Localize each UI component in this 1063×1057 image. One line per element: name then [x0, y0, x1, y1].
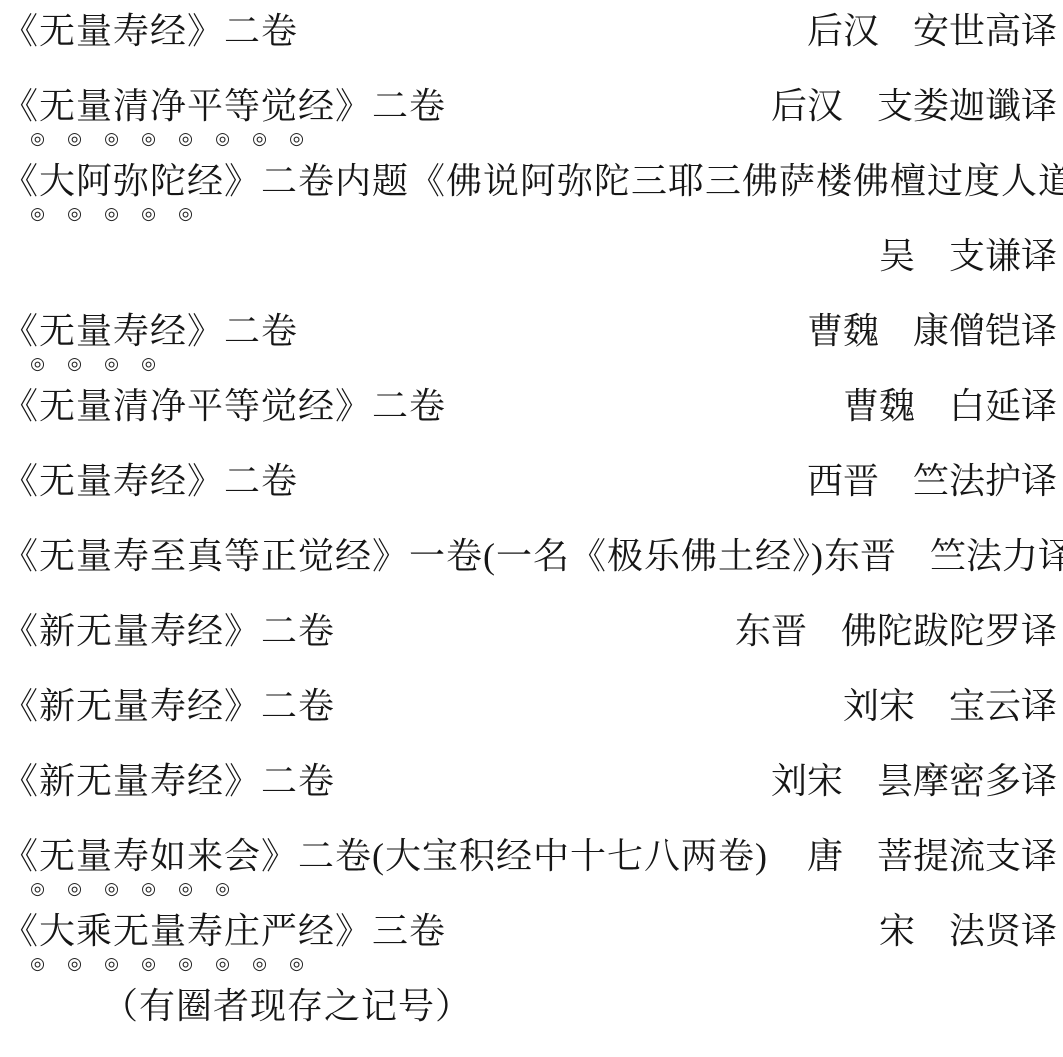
sutra-title: 《新无量寿经》二卷	[2, 683, 335, 729]
emphasis-circle-icon: ◎	[278, 129, 315, 149]
dynasty-label: 后汉	[771, 83, 843, 129]
attribution: 东晋 佛陀跋陀罗译	[735, 608, 1057, 654]
emphasis-circle-icon: ◎	[130, 204, 167, 224]
dynasty-label: 东晋	[735, 608, 807, 654]
attribution: 后汉 支娄迦谶译	[771, 83, 1057, 129]
attribution: 刘宋 昙摩密多译	[771, 758, 1057, 804]
entry-list: 《无量寿经》二卷 后汉 安世高译 《无量清净平等觉经》二卷 后汉 支娄迦谶译 ◎…	[2, 8, 1057, 983]
translator-label: 竺法力译	[930, 533, 1063, 579]
emphasis-circle-icon: ◎	[167, 204, 204, 224]
emphasis-circle-icon: ◎	[204, 129, 241, 149]
dynasty-label: 吴	[879, 233, 915, 279]
emphasis-marks: ◎◎◎◎◎◎	[19, 879, 241, 899]
emphasis-circle-icon: ◎	[19, 354, 56, 374]
attribution: 刘宋 宝云译	[843, 683, 1057, 729]
translator-label: 安世高译	[913, 8, 1057, 54]
dynasty-label: 刘宋	[771, 758, 843, 804]
footnote-row: （有圈者现存之记号）	[2, 983, 1057, 1057]
entry-row: 《无量寿至真等正觉经》一卷(一名《极乐佛土经》) 东晋 竺法力译	[2, 533, 1057, 608]
entry-row: 《无量寿经》二卷 曹魏 康僧铠译 ◎◎◎◎	[2, 308, 1057, 383]
entry-row: 《新无量寿经》二卷 刘宋 宝云译	[2, 683, 1057, 758]
attribution: 后汉 安世高译	[807, 8, 1057, 54]
emphasis-circle-icon: ◎	[278, 954, 315, 974]
entry-row: 吴 支谦译	[2, 233, 1057, 308]
footnote: （有圈者现存之记号）	[102, 983, 472, 1029]
attribution: 吴 支谦译	[879, 233, 1057, 279]
emphasis-circle-icon: ◎	[130, 129, 167, 149]
emphasis-circle-icon: ◎	[130, 954, 167, 974]
dynasty-label: 东晋	[824, 533, 896, 579]
emphasis-circle-icon: ◎	[56, 129, 93, 149]
attribution: 东晋 竺法力译	[824, 533, 1063, 579]
entry-row: 《无量清净平等觉经》二卷 后汉 支娄迦谶译 ◎◎◎◎◎◎◎◎	[2, 83, 1057, 158]
emphasis-circle-icon: ◎	[241, 129, 278, 149]
sutra-title: 《无量寿至真等正觉经》一卷(一名《极乐佛土经》)	[2, 533, 824, 579]
emphasis-circle-icon: ◎	[167, 129, 204, 149]
emphasis-circle-icon: ◎	[93, 954, 130, 974]
entry-row: 《无量寿经》二卷 后汉 安世高译	[2, 8, 1057, 83]
entry-row: 《新无量寿经》二卷 东晋 佛陀跋陀罗译	[2, 608, 1057, 683]
sutra-title: 《无量寿经》二卷	[2, 458, 298, 504]
attribution: 宋 法贤译	[879, 908, 1057, 954]
dynasty-label: 曹魏	[807, 308, 879, 354]
emphasis-circle-icon: ◎	[56, 204, 93, 224]
emphasis-marks: ◎◎◎◎◎◎◎◎	[19, 954, 315, 974]
dynasty-label: 后汉	[807, 8, 879, 54]
emphasis-circle-icon: ◎	[167, 879, 204, 899]
emphasis-circle-icon: ◎	[19, 204, 56, 224]
translator-label: 竺法护译	[913, 458, 1057, 504]
translator-label: 康僧铠译	[913, 308, 1057, 354]
emphasis-marks: ◎◎◎◎◎	[19, 204, 204, 224]
translator-label: 法贤译	[949, 908, 1057, 954]
sutra-title: 《无量清净平等觉经》二卷	[2, 83, 446, 129]
dynasty-label: 曹魏	[843, 383, 915, 429]
translator-label: 菩提流支译	[877, 833, 1057, 879]
attribution: 唐 菩提流支译	[807, 833, 1057, 879]
emphasis-circle-icon: ◎	[204, 879, 241, 899]
emphasis-circle-icon: ◎	[93, 129, 130, 149]
emphasis-circle-icon: ◎	[19, 879, 56, 899]
entry-row: 《无量寿经》二卷 西晋 竺法护译	[2, 458, 1057, 533]
sutra-title: 《无量寿如来会》二卷(大宝积经中十七八两卷)	[2, 833, 768, 879]
sutra-title: 《无量寿经》二卷	[2, 8, 298, 54]
entry-row: 《大阿弥陀经》二卷内题《佛说阿弥陀三耶三佛萨楼佛檀过度人道经》。 ◎◎◎◎◎	[2, 158, 1057, 233]
dynasty-label: 西晋	[807, 458, 879, 504]
emphasis-circle-icon: ◎	[204, 954, 241, 974]
dynasty-label: 宋	[879, 908, 915, 954]
translator-label: 昙摩密多译	[877, 758, 1057, 804]
sutra-title: 《大阿弥陀经》二卷内题《佛说阿弥陀三耶三佛萨楼佛檀过度人道经》。	[2, 158, 1063, 204]
emphasis-circle-icon: ◎	[56, 879, 93, 899]
entry-row: 《无量寿如来会》二卷(大宝积经中十七八两卷) 唐 菩提流支译 ◎◎◎◎◎◎	[2, 833, 1057, 908]
sutra-title: 《新无量寿经》二卷	[2, 608, 335, 654]
translator-label: 宝云译	[949, 683, 1057, 729]
attribution: 曹魏 康僧铠译	[807, 308, 1057, 354]
emphasis-circle-icon: ◎	[130, 354, 167, 374]
emphasis-circle-icon: ◎	[56, 954, 93, 974]
emphasis-circle-icon: ◎	[241, 954, 278, 974]
translator-label: 支娄迦谶译	[877, 83, 1057, 129]
emphasis-circle-icon: ◎	[93, 354, 130, 374]
entry-row: 《大乘无量寿庄严经》三卷 宋 法贤译 ◎◎◎◎◎◎◎◎	[2, 908, 1057, 983]
sutra-title: 《无量清净平等觉经》二卷	[2, 383, 446, 429]
translator-label: 支谦译	[949, 233, 1057, 279]
emphasis-circle-icon: ◎	[93, 879, 130, 899]
translator-label: 佛陀跋陀罗译	[841, 608, 1057, 654]
translator-label: 白延译	[949, 383, 1057, 429]
emphasis-circle-icon: ◎	[19, 129, 56, 149]
scanned-document-page: 《无量寿经》二卷 后汉 安世高译 《无量清净平等觉经》二卷 后汉 支娄迦谶译 ◎…	[0, 0, 1063, 1057]
entry-row: 《无量清净平等觉经》二卷 曹魏 白延译	[2, 383, 1057, 458]
attribution: 曹魏 白延译	[843, 383, 1057, 429]
sutra-title: 《大乘无量寿庄严经》三卷	[2, 908, 446, 954]
emphasis-circle-icon: ◎	[167, 954, 204, 974]
emphasis-circle-icon: ◎	[93, 204, 130, 224]
dynasty-label: 刘宋	[843, 683, 915, 729]
entry-row: 《新无量寿经》二卷 刘宋 昙摩密多译	[2, 758, 1057, 833]
sutra-title: 《无量寿经》二卷	[2, 308, 298, 354]
emphasis-circle-icon: ◎	[130, 879, 167, 899]
dynasty-label: 唐	[807, 833, 843, 879]
attribution: 西晋 竺法护译	[807, 458, 1057, 504]
emphasis-marks: ◎◎◎◎	[19, 354, 167, 374]
emphasis-circle-icon: ◎	[19, 954, 56, 974]
emphasis-marks: ◎◎◎◎◎◎◎◎	[19, 129, 315, 149]
sutra-title: 《新无量寿经》二卷	[2, 758, 335, 804]
emphasis-circle-icon: ◎	[56, 354, 93, 374]
